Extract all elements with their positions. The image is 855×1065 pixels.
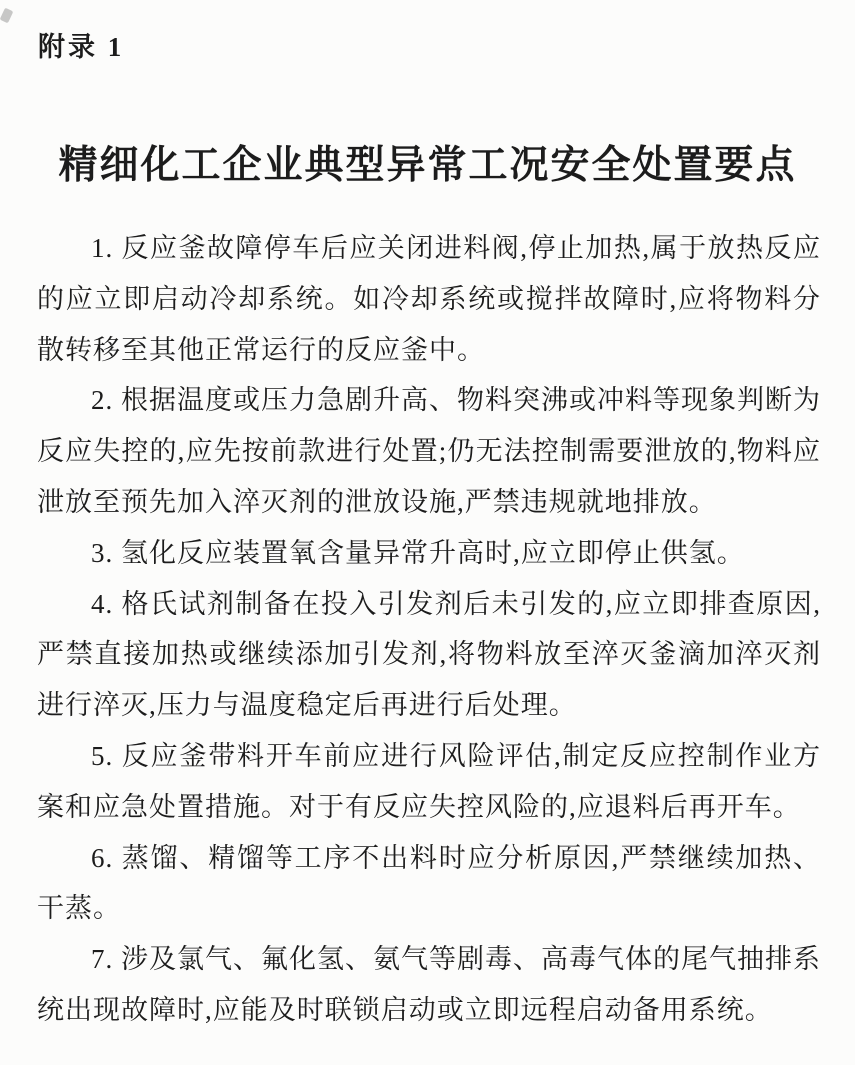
document-body: 1. 反应釜故障停车后应关闭进料阀,停止加热,属于放热反应的应立即启动冷却系统。… xyxy=(37,223,821,1036)
body-paragraph-6: 6. 蒸馏、精馏等工序不出料时应分析原因,严禁继续加热、干蒸。 xyxy=(37,833,821,935)
body-paragraph-7: 7. 涉及氯气、氟化氢、氨气等剧毒、高毒气体的尾气抽排系统出现故障时,应能及时联… xyxy=(37,934,821,1036)
body-paragraph-4: 4. 格氏试剂制备在投入引发剂后未引发的,应立即排查原因,严禁直接加热或继续添加… xyxy=(37,579,821,731)
body-paragraph-2: 2. 根据温度或压力急剧升高、物料突沸或冲料等现象判断为反应失控的,应先按前款进… xyxy=(37,375,821,527)
body-paragraph-1: 1. 反应釜故障停车后应关闭进料阀,停止加热,属于放热反应的应立即启动冷却系统。… xyxy=(37,223,821,375)
body-paragraph-5: 5. 反应釜带料开车前应进行风险评估,制定反应控制作业方案和应急处置措施。对于有… xyxy=(37,731,821,833)
scan-artifact xyxy=(0,8,13,24)
body-paragraph-3: 3. 氢化反应装置氧含量异常升高时,应立即停止供氢。 xyxy=(37,528,821,579)
scanned-document-page: 附录 1 精细化工企业典型异常工况安全处置要点 1. 反应釜故障停车后应关闭进料… xyxy=(0,0,855,1065)
document-title: 精细化工企业典型异常工况安全处置要点 xyxy=(0,143,855,189)
appendix-label: 附录 1 xyxy=(38,0,855,63)
